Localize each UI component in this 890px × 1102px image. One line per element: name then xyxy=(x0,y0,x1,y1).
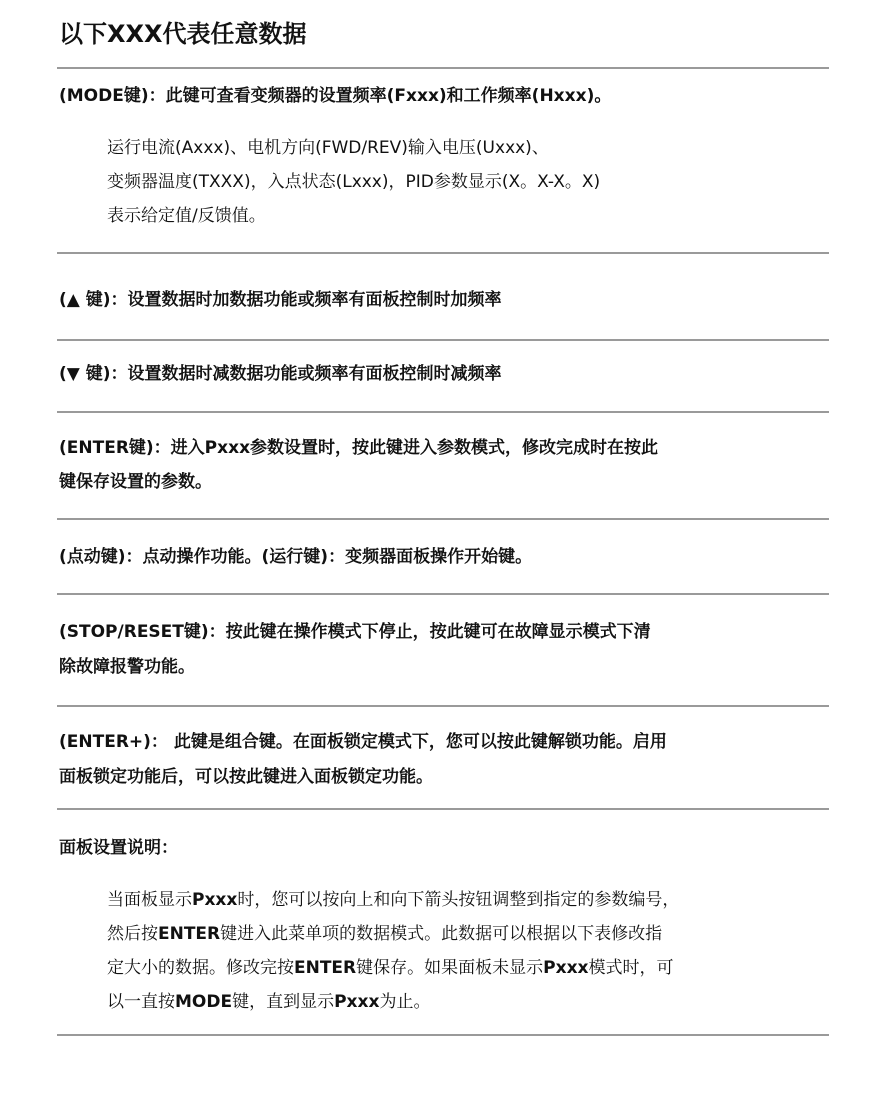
text-segment: 键，直到显示 xyxy=(232,992,334,1012)
panel-setup-heading: 面板设置说明： xyxy=(59,836,178,860)
page-title: 以下XXX代表任意数据 xyxy=(59,14,307,49)
mode-key-body-line: 运行电流(Axxx)、电机方向(FWD/REV)输入电压(Uxxx)、 xyxy=(107,136,549,160)
text-segment: 为止。 xyxy=(379,992,430,1012)
panel-setup-body-line: 当面板显示Pxxx时，您可以按向上和向下箭头按钮调整到指定的参数编号， xyxy=(107,888,679,912)
text-segment: 键保存。如果面板未显示 xyxy=(356,958,543,978)
divider xyxy=(57,518,829,520)
mode-key-body-line: 变频器温度(TXXX)，入点状态(Lxxx)，PID参数显示(X。X-X。X) xyxy=(107,170,600,194)
text-segment: 然后按 xyxy=(107,924,158,944)
stop-reset-key-description-line: 除故障报警功能。 xyxy=(59,655,195,679)
divider xyxy=(57,1034,829,1036)
jog-run-key-description: (点动键)：点动操作功能。(运行键)：变频器面板操作开始键。 xyxy=(59,545,532,569)
text-segment: 当面板显示 xyxy=(107,890,192,910)
enter-plus-key-description-line: 面板锁定功能后，可以按此键进入面板锁定功能。 xyxy=(59,765,433,789)
mode-key-body-line: 表示给定值/反馈值。 xyxy=(107,204,266,228)
text-segment: 键进入此菜单项的数据模式。此数据可以根据以下表修改指 xyxy=(220,924,662,944)
divider xyxy=(57,808,829,810)
text-segment-bold: ENTER xyxy=(294,958,356,978)
text-segment: 时，您可以按向上和向下箭头按钮调整到指定的参数编号， xyxy=(237,890,679,910)
divider xyxy=(57,411,829,413)
enter-plus-key-description-line: (ENTER+)： 此键是组合键。在面板锁定模式下，您可以按此键解锁功能。启用 xyxy=(59,730,667,754)
divider xyxy=(57,705,829,707)
enter-key-description-line: (ENTER键)：进入Pxxx参数设置时，按此键进入参数模式，修改完成时在按此 xyxy=(59,436,658,460)
text-segment-bold: Pxxx xyxy=(334,992,379,1012)
text-segment-bold: ENTER xyxy=(158,924,220,944)
panel-setup-body-line: 定大小的数据。修改完按ENTER键保存。如果面板未显示Pxxx模式时，可 xyxy=(107,956,674,980)
divider xyxy=(57,339,829,341)
text-segment: 定大小的数据。修改完按 xyxy=(107,958,294,978)
divider xyxy=(57,593,829,595)
text-segment-bold: MODE xyxy=(175,992,232,1012)
divider xyxy=(57,67,829,69)
text-segment: 模式时，可 xyxy=(589,958,674,978)
panel-setup-body-line: 以一直按MODE键，直到显示Pxxx为止。 xyxy=(107,990,430,1014)
mode-key-heading: (MODE键)：此键可查看变频器的设置频率(Fxxx)和工作频率(Hxxx)。 xyxy=(59,84,611,108)
enter-key-description-line: 键保存设置的参数。 xyxy=(59,470,212,494)
text-segment-bold: Pxxx xyxy=(192,890,237,910)
panel-setup-body-line: 然后按ENTER键进入此菜单项的数据模式。此数据可以根据以下表修改指 xyxy=(107,922,662,946)
down-key-description: (▼ 键)：设置数据时减数据功能或频率有面板控制时减频率 xyxy=(59,362,502,386)
text-segment-bold: Pxxx xyxy=(543,958,588,978)
stop-reset-key-description-line: (STOP/RESET键)：按此键在操作模式下停止，按此键可在故障显示模式下清 xyxy=(59,620,651,644)
up-key-description: (▲ 键)：设置数据时加数据功能或频率有面板控制时加频率 xyxy=(59,288,502,312)
text-segment: 以一直按 xyxy=(107,992,175,1012)
divider xyxy=(57,252,829,254)
